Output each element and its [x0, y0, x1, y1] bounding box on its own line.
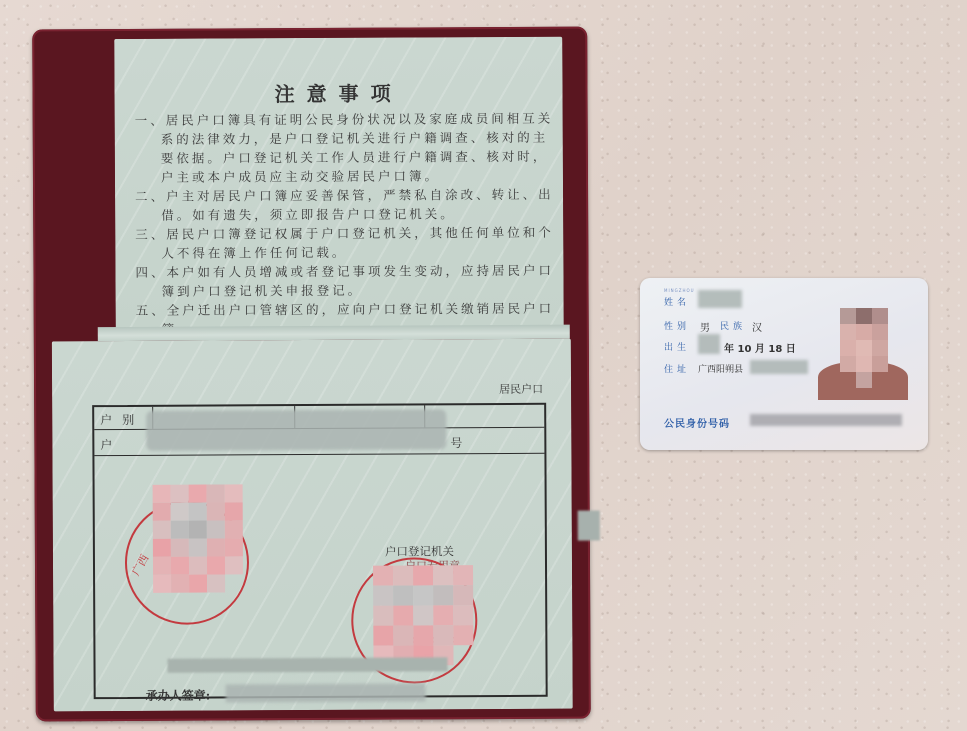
notice-page: 注意事项 一、居民户口簿具有证明公民身份状况以及家庭成员间相互关系的法律效力，是…: [114, 37, 564, 329]
name-label: 姓名: [664, 295, 690, 308]
address-value: 广西阳朔县: [698, 362, 743, 375]
household-type-label: 户别: [100, 411, 144, 428]
signer-label: 承办人签章:: [146, 687, 211, 704]
resident-id-card: MINGZHOU 姓名 性别 男 民族 汉 出生 年 10 月 18 日 住址 …: [640, 278, 928, 450]
household-head-label: 户: [100, 436, 122, 453]
ethnicity-label: 民族: [720, 319, 746, 332]
notice-list: 一、居民户口簿具有证明公民身份状况以及家庭成员间相互关系的法律效力，是户口登记机…: [135, 109, 556, 339]
pixelated-redaction: [153, 484, 244, 592]
number-suffix-label: 号: [450, 434, 472, 451]
notice-title: 注意事项: [114, 77, 562, 108]
id-number-label: 公民身份号码: [664, 415, 730, 430]
notice-item: 三、居民户口簿登记权属于户口登记机关，其他任何单位和个人不得在簿上作任何记载。: [135, 223, 555, 263]
notice-item: 四、本户如有人员增减或者登记事项发生变动，应持居民户口簿到户口登记机关申报登记。: [135, 261, 555, 301]
birth-label: 出生: [664, 340, 690, 353]
redacted-region: [167, 657, 447, 672]
redacted-id-number: [750, 414, 902, 426]
redacted-region: [146, 409, 446, 451]
redacted-region: [226, 683, 426, 702]
table-divider: [94, 453, 544, 456]
notice-item: 二、户主对居民户口簿应妥善保管，严禁私自涂改、转让、出借。如有遗失，须立即报告户…: [135, 185, 555, 225]
birth-value: 年 10 月 18 日: [724, 340, 796, 355]
redacted-region: [578, 510, 600, 540]
notice-item: 一、居民户口簿具有证明公民身份状况以及家庭成员间相互关系的法律效力，是户口登记机…: [135, 109, 555, 187]
redacted-name: [698, 290, 742, 308]
redacted-year: [698, 334, 720, 354]
form-header-label: 居民户口: [499, 381, 543, 397]
pixelated-redaction: [373, 565, 474, 666]
id-photo: [818, 304, 908, 400]
redacted-address: [750, 360, 808, 374]
field-pinyin: MINGZHOU: [664, 288, 695, 293]
sex-label: 性别: [664, 319, 690, 332]
household-register-booklet: 注意事项 一、居民户口簿具有证明公民身份状况以及家庭成员间相互关系的法律效力，是…: [32, 27, 591, 722]
sex-value: 男: [700, 319, 710, 334]
form-page: 居民户口 户别 户 号 广西 户口登记机关: [52, 339, 573, 712]
pixelated-face: [840, 308, 888, 388]
ethnicity-value: 汉: [752, 319, 762, 334]
address-label: 住址: [664, 362, 690, 375]
household-form-table: 户别 户 号 广西 户口登记机关 户口专用章 ★: [92, 403, 548, 699]
